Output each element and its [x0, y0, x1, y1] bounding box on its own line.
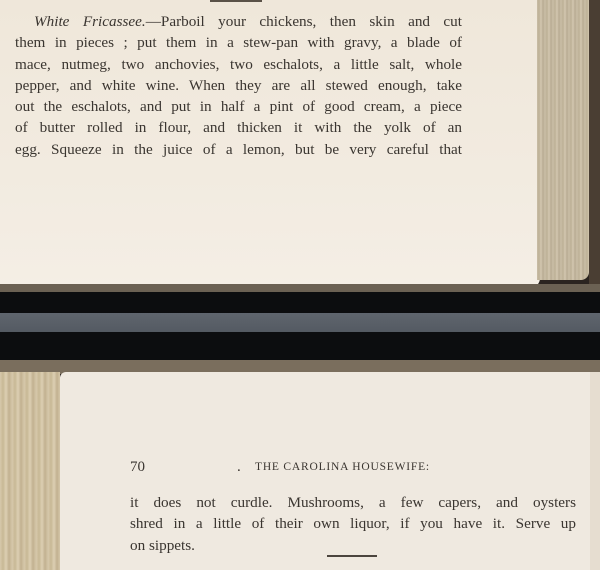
top-section-rule — [210, 0, 262, 2]
top-page-edges — [537, 0, 589, 280]
text-line: it does not curdle. Mushrooms, a few cap… — [130, 492, 576, 513]
text-line: pepper, and white wine. When they are al… — [15, 75, 462, 96]
page-dot: . — [237, 459, 241, 476]
top-book-cover — [589, 0, 600, 292]
page-number: 70 — [130, 459, 145, 476]
bottom-page-right-edge — [590, 372, 600, 570]
text-line: shred in a little of their own liquor, i… — [130, 513, 576, 534]
running-title: THE CAROLINA HOUSEWIFE: — [255, 461, 430, 473]
recipe-text-bottom: it does not curdle. Mushrooms, a few cap… — [130, 492, 576, 556]
text-line: egg. Squeeze in the juice of a lemon, bu… — [15, 139, 462, 160]
scan-divider — [0, 292, 600, 364]
text-line: White Fricassee.—Parboil your chickens, … — [15, 11, 462, 32]
text-line: mace, nutmeg, two anchovies, two eschalo… — [15, 54, 462, 75]
divider-bar — [0, 313, 600, 332]
recipe-text-top: White Fricassee.—Parboil your chickens, … — [15, 11, 462, 160]
text-line: out the eschalots, and put in half a pin… — [15, 96, 462, 117]
bottom-page-edges — [0, 372, 60, 570]
section-end-rule — [327, 555, 377, 557]
text-line: them in pieces ; put them in a stew-pan … — [15, 32, 462, 53]
recipe-title: White Fricassee. — [34, 13, 146, 30]
top-book-board — [0, 284, 600, 292]
text-line: on sippets. — [130, 535, 576, 556]
text-line: of butter rolled in flour, and thicken i… — [15, 117, 462, 138]
